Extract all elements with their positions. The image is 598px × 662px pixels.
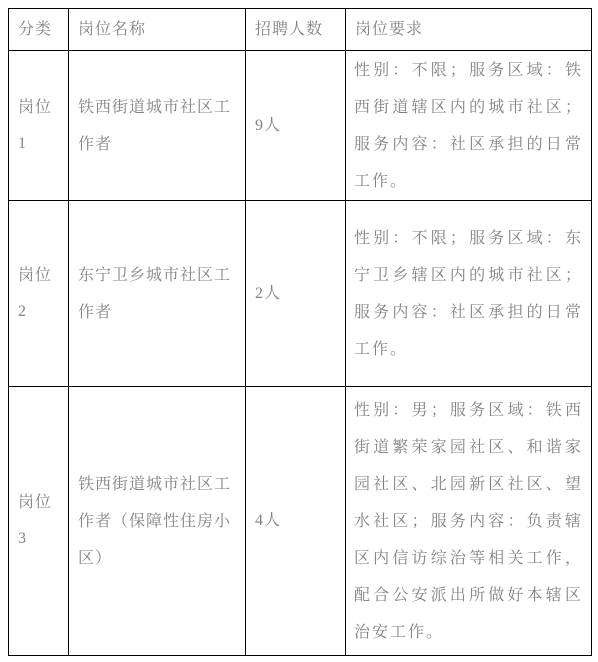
cell-recruit-count: 2人 bbox=[246, 201, 346, 387]
header-row: 分类 岗位名称 招聘人数 岗位要求 bbox=[9, 9, 592, 51]
recruitment-table: 分类 岗位名称 招聘人数 岗位要求 岗位1 铁西街道城市社区工作者 9人 性别：… bbox=[8, 8, 592, 656]
header-category: 分类 bbox=[9, 9, 69, 51]
table-row-post1: 岗位1 铁西街道城市社区工作者 9人 性别：不限；服务区域：铁西街道辖区内的城市… bbox=[9, 51, 592, 201]
cell-position-name: 铁西街道城市社区工作者 bbox=[69, 51, 246, 201]
header-requirements: 岗位要求 bbox=[346, 9, 592, 51]
cell-requirements: 性别：不限；服务区域：东宁卫乡辖区内的城市社区；服务内容：社区承担的日常工作。 bbox=[346, 201, 592, 387]
cell-category: 岗位3 bbox=[9, 387, 69, 656]
cell-category: 岗位2 bbox=[9, 201, 69, 387]
table-row-post2: 岗位2 东宁卫乡城市社区工作者 2人 性别：不限；服务区域：东宁卫乡辖区内的城市… bbox=[9, 201, 592, 387]
table-row-post3: 岗位3 铁西街道城市社区工作者（保障性住房小区） 4人 性别：男；服务区域：铁西… bbox=[9, 387, 592, 656]
cell-recruit-count: 4人 bbox=[246, 387, 346, 656]
cell-requirements: 性别：不限；服务区域：铁西街道辖区内的城市社区；服务内容：社区承担的日常工作。 bbox=[346, 51, 592, 201]
header-position-name: 岗位名称 bbox=[69, 9, 246, 51]
cell-position-name: 铁西街道城市社区工作者（保障性住房小区） bbox=[69, 387, 246, 656]
header-recruit-count: 招聘人数 bbox=[246, 9, 346, 51]
cell-recruit-count: 9人 bbox=[246, 51, 346, 201]
cell-category: 岗位1 bbox=[9, 51, 69, 201]
cell-position-name: 东宁卫乡城市社区工作者 bbox=[69, 201, 246, 387]
cell-requirements: 性别：男；服务区域：铁西街道繁荣家园社区、和谐家园社区、北园新区社区、望水社区；… bbox=[346, 387, 592, 656]
